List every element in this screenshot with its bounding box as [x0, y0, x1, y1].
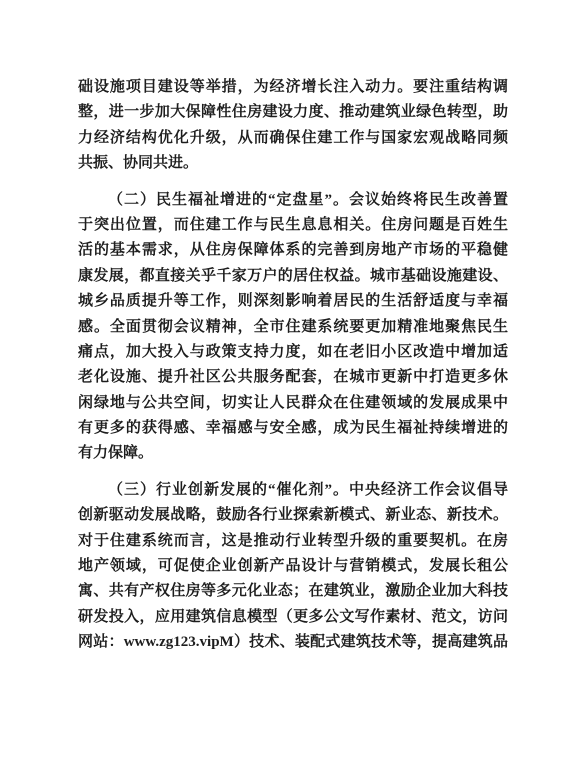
- text-line: 地产领域，可促使企业创新产品设计与营销模式，发展长租公: [78, 554, 508, 579]
- paragraph-continuation: 础设施项目建设等举措，为经济增长注入动力。要注重结构调 整，进一步加大保障性住房…: [78, 75, 508, 177]
- text-line: 感。全面贯彻会议精神，全市住建系统要更加精准地聚焦民生: [78, 315, 508, 340]
- document-text: 础设施项目建设等举措，为经济增长注入动力。要注重结构调 整，进一步加大保障性住房…: [78, 75, 508, 656]
- text-line: 创新驱动发展战略，鼓励各行业探索新模式、新业态、新技术。: [78, 503, 508, 528]
- text-line: 老化设施、提升社区公共服务配套，在城市更新中打造更多休: [78, 365, 508, 390]
- paragraph-section-three: （三）行业创新发展的“催化剂”。中央经济工作会议倡导 创新驱动发展战略，鼓励各行…: [78, 478, 508, 656]
- text-line: 寓、共有产权住房等多元化业态；在建筑业，激励企业加大科技: [78, 579, 508, 604]
- text-line: 闲绿地与公共空间，切实让人民群众在住建领域的发展成果中: [78, 391, 508, 416]
- text-line: 整，进一步加大保障性住房建设力度、推动建筑业绿色转型，助: [78, 100, 508, 125]
- text-line: 活的基本需求，从住房保障体系的完善到房地产市场的平稳健: [78, 238, 508, 263]
- text-line: 城乡品质提升等工作，则深刻影响着居民的生活舒适度与幸福: [78, 289, 508, 314]
- text-line: 网站：www.zg123.vipM）技术、装配式建筑技术等，提高建筑品: [78, 630, 508, 655]
- text-line: （二）民生福祉增进的“定盘星”。会议始终将民生改善置: [78, 188, 508, 213]
- document-page: 础设施项目建设等举措，为经济增长注入动力。要注重结构调 整，进一步加大保障性住房…: [0, 0, 586, 759]
- text-line: （三）行业创新发展的“催化剂”。中央经济工作会议倡导: [78, 478, 508, 503]
- paragraph-section-two: （二）民生福祉增进的“定盘星”。会议始终将民生改善置 于突出位置，而住建工作与民…: [78, 188, 508, 467]
- text-line: 对于住建系统而言，这是推动行业转型升级的重要契机。在房: [78, 529, 508, 554]
- text-line: 础设施项目建设等举措，为经济增长注入动力。要注重结构调: [78, 75, 508, 100]
- text-line: 于突出位置，而住建工作与民生息息相关。住房问题是百姓生: [78, 213, 508, 238]
- text-line: 研发投入，应用建筑信息模型（更多公文写作素材、范文，访问: [78, 605, 508, 630]
- text-line: 共振、协同共进。: [78, 151, 508, 176]
- text-line: 痛点，加大投入与政策支持力度，如在老旧小区改造中增加适: [78, 340, 508, 365]
- text-line: 有力保障。: [78, 441, 508, 466]
- text-line: 康发展，都直接关乎千家万户的居住权益。城市基础设施建设、: [78, 264, 508, 289]
- text-line: 有更多的获得感、幸福感与安全感，成为民生福祉持续增进的: [78, 416, 508, 441]
- text-line: 力经济结构优化升级，从而确保住建工作与国家宏观战略同频: [78, 126, 508, 151]
